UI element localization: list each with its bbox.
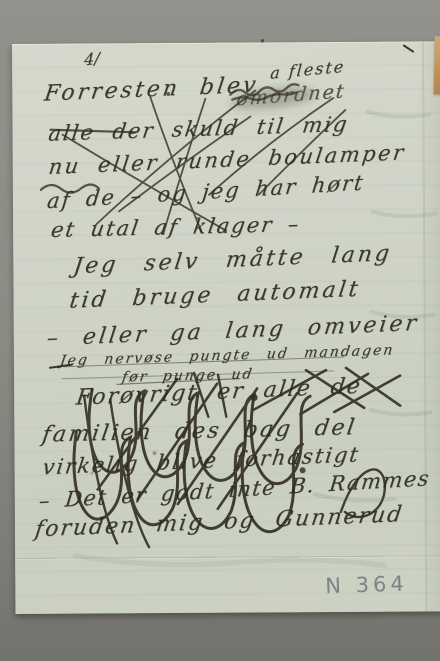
handwriting-line-11: Forøvrigt er alle de: [75, 374, 364, 411]
corner-tick-mark: [404, 46, 413, 52]
manuscript-page: 4/ Forresten blev omordnet a fleste alle…: [12, 41, 440, 614]
handwriting-line-6: Jeg selv måtte lang: [72, 241, 394, 279]
handwriting-line-12: familien des bag del: [41, 415, 359, 447]
tape-remnant: [434, 36, 440, 94]
vertical-crease: [422, 41, 427, 611]
handwriting-line-2: alle der skuld til mig: [47, 112, 350, 146]
rust-spot: [91, 472, 94, 475]
horizontal-crease: [15, 555, 440, 560]
scan-background: 4/ Forresten blev omordnet a fleste alle…: [0, 0, 440, 661]
interline-insertion: a fleste: [270, 57, 346, 83]
rust-spot: [152, 451, 156, 455]
handwriting-line-1: Forresten blev: [43, 73, 260, 107]
handwriting-line-7: tid bruge automalt: [68, 277, 362, 314]
handwriting-line-5: et utal af klager –: [49, 212, 302, 242]
handwriting-numeral: 4/: [84, 49, 100, 70]
catalog-number: N 364: [325, 572, 408, 599]
